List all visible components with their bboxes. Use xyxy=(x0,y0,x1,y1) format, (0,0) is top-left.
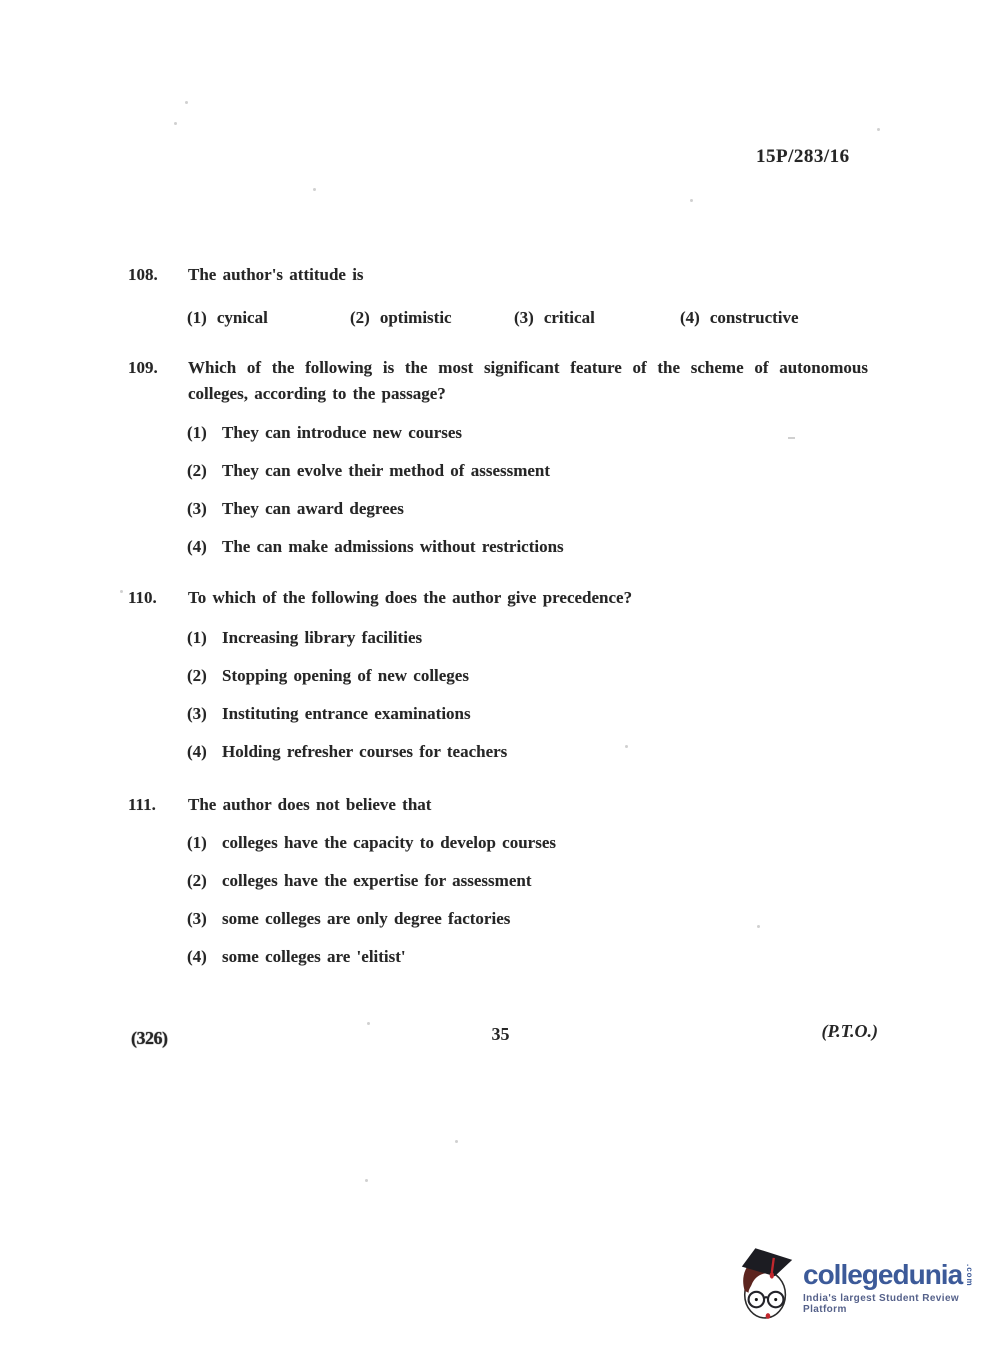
option-label: (3) xyxy=(514,305,534,331)
option-4: (4)constructive xyxy=(680,305,799,331)
question-number: 108. xyxy=(128,262,158,288)
option-label: (2) xyxy=(350,305,370,331)
question-110: 110. To which of the following does the … xyxy=(0,585,1001,777)
option-4: (4)The can make admissions without restr… xyxy=(0,534,1001,572)
question-108: 108. The author's attitude is (1)cynical… xyxy=(0,262,1001,342)
question-text: To which of the following does the autho… xyxy=(188,585,868,611)
option-text: Increasing library facilities xyxy=(222,628,422,647)
option-3: (3)critical xyxy=(514,305,595,331)
scan-speck xyxy=(365,1179,368,1182)
options-list: (1)colleges have the capacity to develop… xyxy=(0,830,1001,982)
scan-speck xyxy=(313,188,316,191)
question-number: 109. xyxy=(128,355,158,381)
option-text: critical xyxy=(544,308,595,327)
option-2: (2)optimistic xyxy=(350,305,452,331)
option-text: Stopping opening of new colleges xyxy=(222,666,469,685)
scan-speck xyxy=(788,437,795,439)
scan-speck xyxy=(877,128,880,131)
scan-speck xyxy=(120,590,123,593)
option-label: (1) xyxy=(187,830,222,856)
options-list: (1)Increasing library facilities (2)Stop… xyxy=(0,625,1001,777)
scan-speck xyxy=(757,925,760,928)
option-label: (2) xyxy=(187,663,222,689)
collegedunia-logo: collegedunia .com India's largest Studen… xyxy=(736,1244,1001,1331)
option-4: (4)Holding refresher courses for teacher… xyxy=(0,739,1001,777)
option-4: (4)some colleges are 'elitist' xyxy=(0,944,1001,982)
option-1: (1)cynical xyxy=(187,305,268,331)
brand-tagline: India's largest Student Review Platform xyxy=(803,1293,1001,1315)
option-1: (1)They can introduce new courses xyxy=(0,420,1001,458)
exam-paper-page: 15P/283/16 108. The author's attitude is… xyxy=(0,0,1001,1356)
option-1: (1)Increasing library facilities xyxy=(0,625,1001,663)
option-2: (2)They can evolve their method of asses… xyxy=(0,458,1001,496)
option-text: They can introduce new courses xyxy=(222,423,462,442)
option-text: optimistic xyxy=(380,308,452,327)
brand-suffix: .com xyxy=(964,1264,974,1287)
option-label: (3) xyxy=(187,496,222,522)
option-2: (2)colleges have the expertise for asses… xyxy=(0,868,1001,906)
option-label: (4) xyxy=(187,534,222,560)
scan-speck xyxy=(625,745,628,748)
option-1: (1)colleges have the capacity to develop… xyxy=(0,830,1001,868)
option-label: (4) xyxy=(187,739,222,765)
pto-label: (P.T.O.) xyxy=(821,1021,878,1042)
brand-wordmark: collegedunia xyxy=(803,1260,962,1290)
option-text: constructive xyxy=(710,308,799,327)
graduate-mascot-icon xyxy=(736,1244,798,1331)
option-text: some colleges are 'elitist' xyxy=(222,947,406,966)
question-111: 111. The author does not believe that (1… xyxy=(0,792,1001,982)
option-text: They can evolve their method of assessme… xyxy=(222,461,550,480)
option-text: The can make admissions without restrict… xyxy=(222,537,564,556)
scan-speck xyxy=(367,1022,370,1025)
option-label: (1) xyxy=(187,625,222,651)
paper-code: 15P/283/16 xyxy=(756,146,850,168)
option-text: some colleges are only degree factories xyxy=(222,909,510,928)
option-3: (3)They can award degrees xyxy=(0,496,1001,534)
option-text: Holding refresher courses for teachers xyxy=(222,742,507,761)
option-label: (4) xyxy=(680,305,700,331)
question-number: 110. xyxy=(128,585,157,611)
option-label: (4) xyxy=(187,944,222,970)
option-text: Instituting entrance examinations xyxy=(222,704,471,723)
option-3: (3)Instituting entrance examinations xyxy=(0,701,1001,739)
option-text: colleges have the expertise for assessme… xyxy=(222,871,531,890)
option-label: (3) xyxy=(187,701,222,727)
question-text: The author does not believe that xyxy=(188,792,868,818)
question-109: 109. Which of the following is the most … xyxy=(0,355,1001,572)
scan-speck xyxy=(174,122,177,125)
option-text: colleges have the capacity to develop co… xyxy=(222,833,556,852)
option-label: (2) xyxy=(187,868,222,894)
scan-speck xyxy=(185,101,188,104)
option-text: They can award degrees xyxy=(222,499,404,518)
option-2: (2)Stopping opening of new colleges xyxy=(0,663,1001,701)
option-3: (3)some colleges are only degree factori… xyxy=(0,906,1001,944)
option-label: (1) xyxy=(187,420,222,446)
question-number: 111. xyxy=(128,792,156,818)
option-label: (1) xyxy=(187,305,207,331)
scan-speck xyxy=(455,1140,458,1143)
question-text: The author's attitude is xyxy=(188,262,868,288)
option-label: (3) xyxy=(187,906,222,932)
question-text: Which of the following is the most signi… xyxy=(188,355,868,407)
options-list: (1)They can introduce new courses (2)The… xyxy=(0,420,1001,572)
option-text: cynical xyxy=(217,308,268,327)
scan-speck xyxy=(690,199,693,202)
option-label: (2) xyxy=(187,458,222,484)
